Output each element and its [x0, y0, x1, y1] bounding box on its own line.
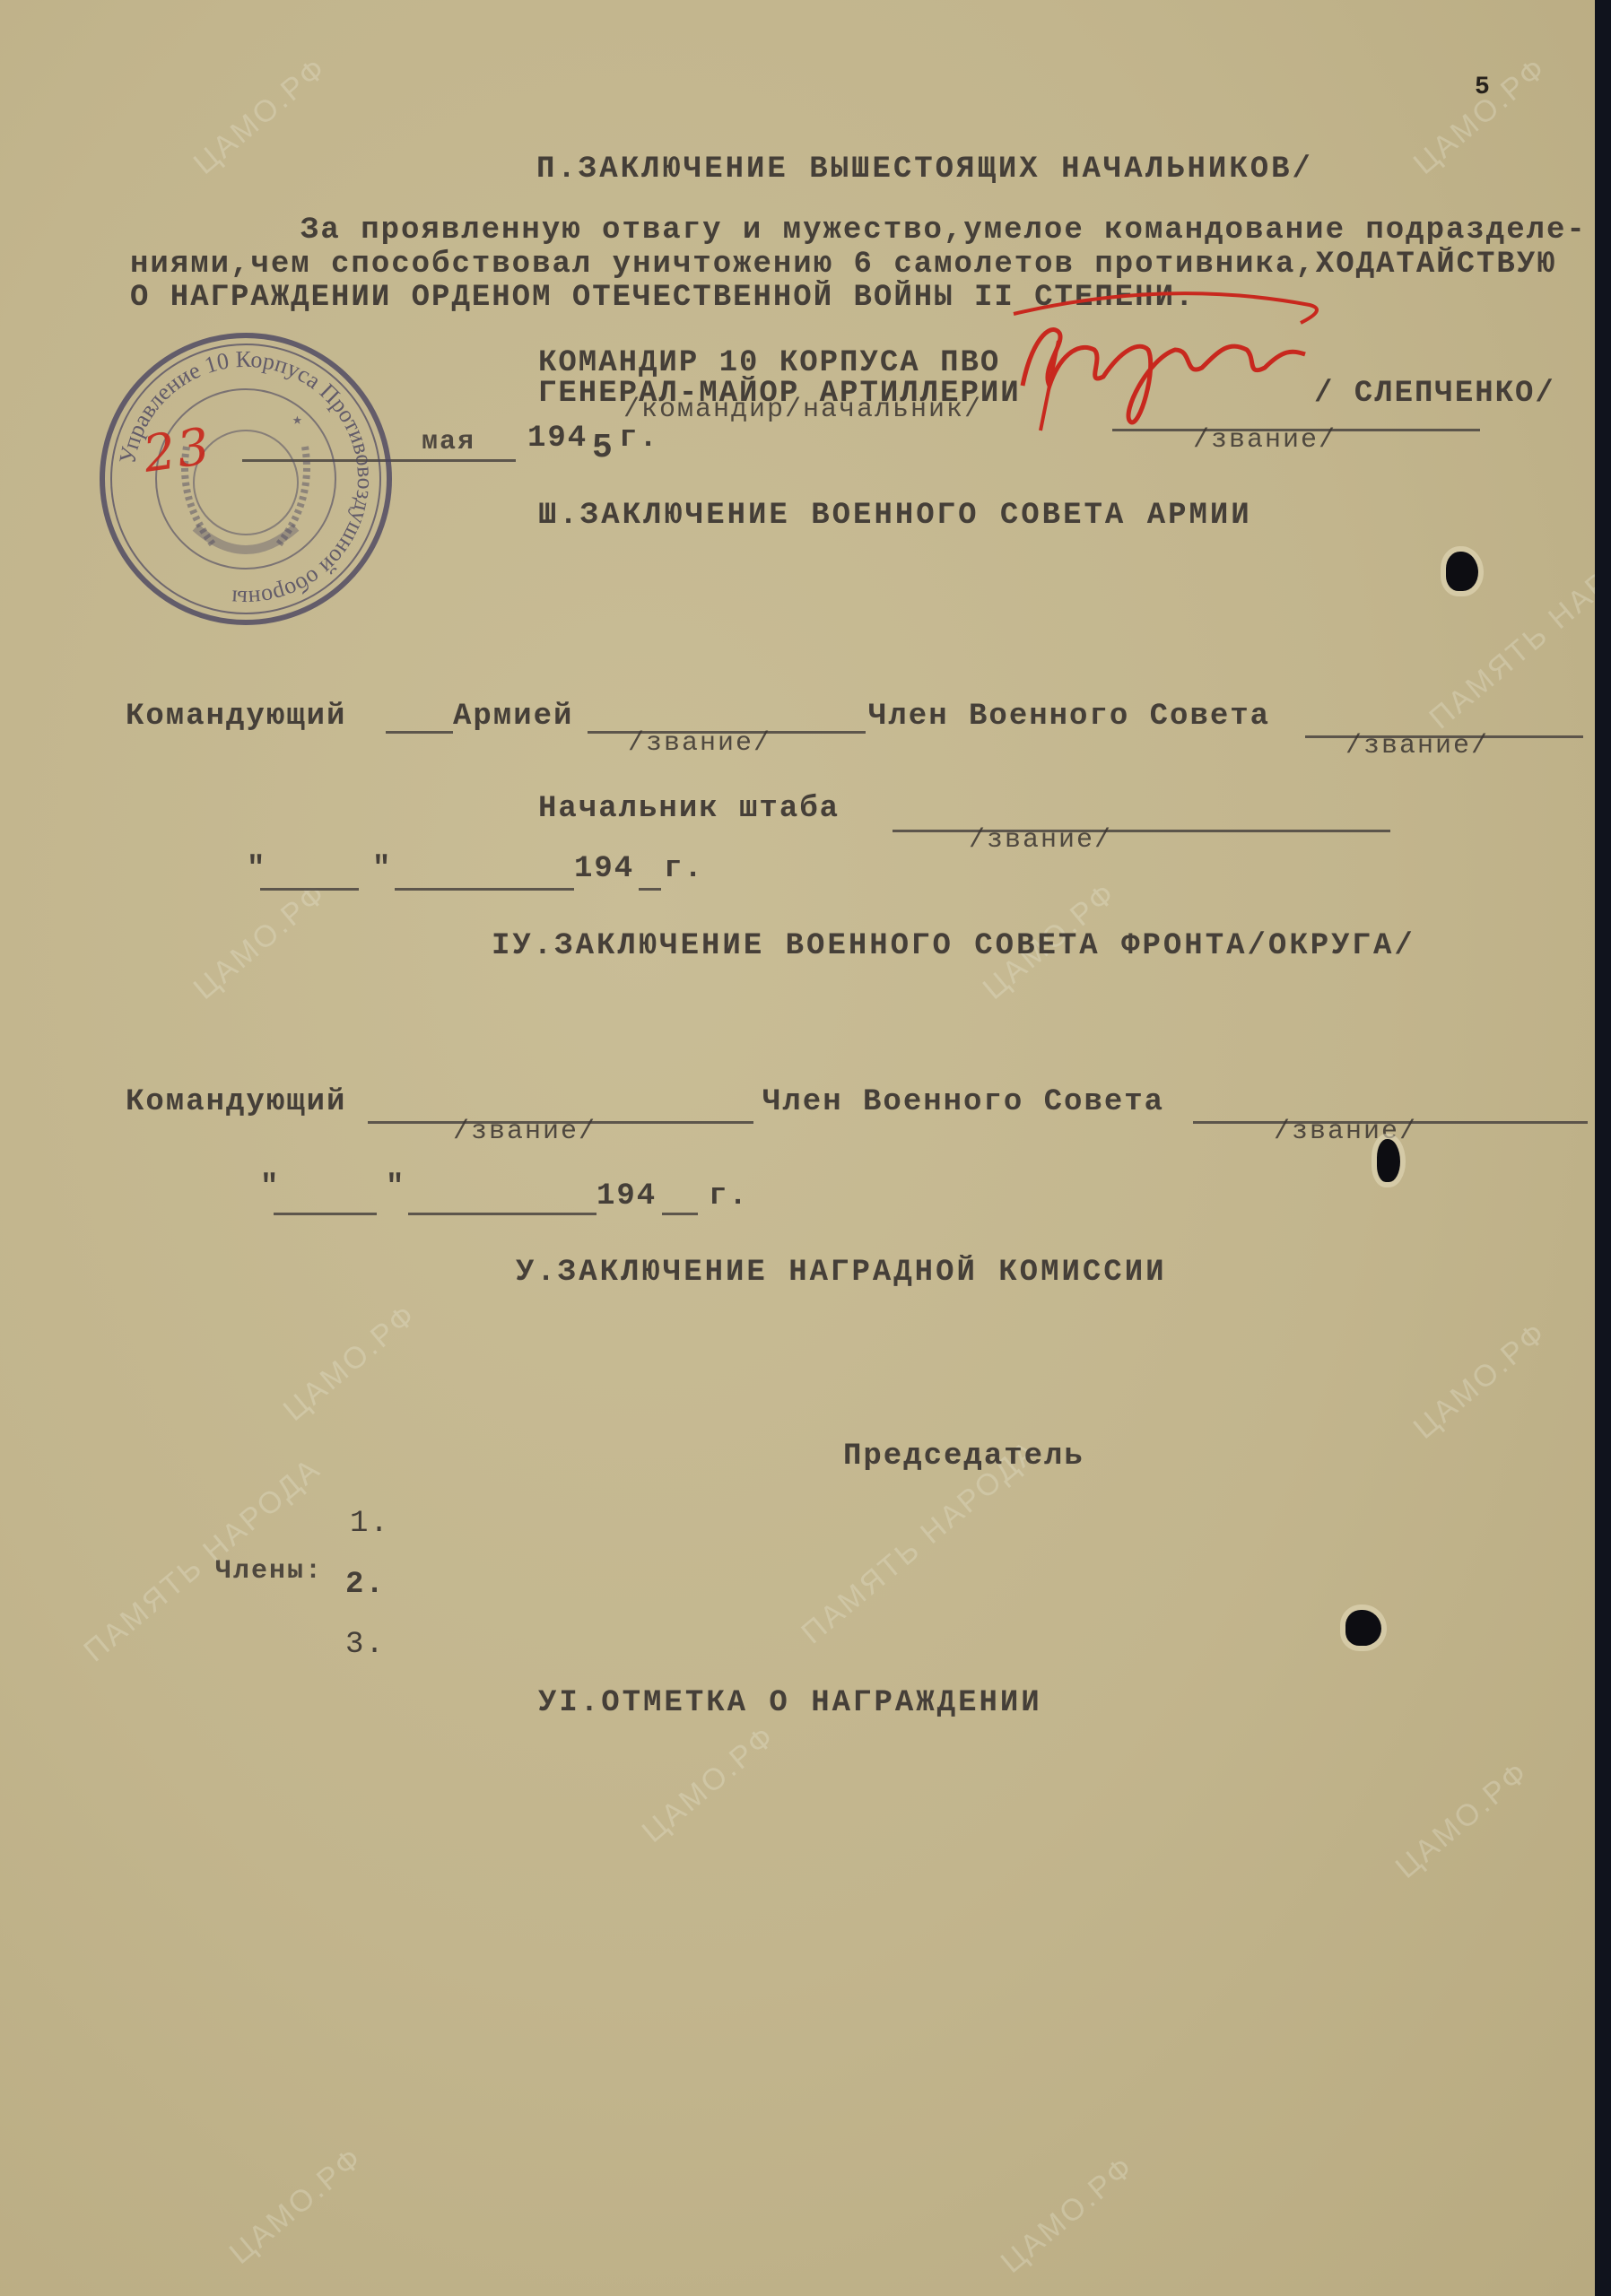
scan-edge	[1595, 0, 1611, 2296]
section-3-title: Ш.ЗАКЛЮЧЕНИЕ ВОЕННОГО СОВЕТА АРМИИ	[538, 499, 1252, 533]
handwritten-day: 23	[140, 417, 215, 484]
watermark: ЦАМО.РФ	[223, 2140, 370, 2271]
members-label: Члены:	[215, 1556, 323, 1587]
rank-label: /звание/	[453, 1117, 597, 1147]
watermark: ЦАМО.РФ	[187, 875, 335, 1006]
date-year: 194	[574, 852, 634, 886]
section-4-title: IУ.ЗАКЛЮЧЕНИЕ ВОЕННОГО СОВЕТА ФРОНТА/ОКР…	[492, 929, 1415, 963]
date-quote: "	[386, 1170, 405, 1205]
date-g: г.	[709, 1179, 749, 1213]
date-year-suffix: 5	[592, 429, 614, 467]
army-commander-label: Командующий	[126, 700, 346, 734]
date-year: 194	[597, 1179, 657, 1213]
watermark: ЦАМО.РФ	[1407, 50, 1554, 181]
army-underline	[386, 731, 453, 734]
date-day-underline	[274, 1213, 377, 1215]
front-commander-label: Командующий	[126, 1085, 346, 1119]
chief-of-staff-label: Начальник штаба	[538, 792, 840, 826]
date-quote: "	[372, 852, 392, 886]
section-5-title: У.ЗАКЛЮЧЕНИЕ НАГРАДНОЙ КОМИССИИ	[516, 1256, 1167, 1290]
red-signature	[1005, 287, 1363, 448]
watermark: ЦАМО.РФ	[187, 50, 335, 181]
signer-title-line-1: КОМАНДИР 10 КОРПУСА ПВО	[538, 346, 1000, 380]
svg-text:★: ★	[292, 412, 302, 430]
rank-label: /звание/	[1274, 1117, 1417, 1147]
page-number-mark: 5	[1475, 74, 1492, 101]
date-year-underline	[662, 1213, 698, 1215]
date-month-underline	[408, 1213, 597, 1215]
section-2-text-line-1: За проявленную отвагу и мужество,умелое …	[300, 213, 1587, 248]
signer-form-label: /командир/начальник/	[623, 395, 982, 425]
section-6-title: УI.ОТМЕТКА О НАГРАЖДЕНИИ	[538, 1686, 1042, 1720]
watermark: ЦАМО.РФ	[1389, 1754, 1537, 1885]
date-year-underline	[639, 888, 661, 891]
council-member-label: Член Военного Совета	[762, 1085, 1164, 1119]
date-quote: "	[260, 1170, 280, 1205]
section-2-text-line-2: ниями,чем способствовал уничтожению 6 са…	[130, 248, 1557, 282]
army-label: Армией	[453, 700, 573, 734]
watermark: ЦАМО.РФ	[636, 1718, 783, 1849]
member-2: 2.	[345, 1568, 386, 1602]
rank-label: /звание/	[1345, 731, 1489, 761]
punch-hole	[1446, 552, 1478, 591]
watermark: ЦАМО.РФ	[1407, 1315, 1554, 1446]
watermark: ПАМЯТЬ НАРОДА	[1423, 518, 1611, 736]
rank-label: /звание/	[628, 728, 771, 759]
watermark: ЦАМО.РФ	[995, 2149, 1142, 2280]
date-g: г.	[664, 852, 704, 886]
date-quote: "	[247, 852, 266, 886]
rank-label: /звание/	[969, 825, 1112, 856]
date-month: мая	[422, 427, 475, 457]
archival-award-document: ЦАМО.РФ ЦАМО.РФ ПАМЯТЬ НАРОДА ЦАМО.РФ ЦА…	[0, 0, 1595, 2296]
section-2-title: П.ЗАКЛЮЧЕНИЕ ВЫШЕСТОЯЩИХ НАЧАЛЬНИКОВ/	[536, 152, 1313, 187]
watermark: ЦАМО.РФ	[277, 1297, 424, 1428]
date-month-underline	[395, 888, 574, 891]
date-g: г.	[619, 422, 659, 456]
date-day-underline	[260, 888, 359, 891]
date-year-prefix: 194	[527, 422, 588, 456]
chairman-label: Председатель	[843, 1439, 1084, 1474]
official-seal-stamp: Управление 10 Корпуса Противовоздушной о…	[97, 330, 395, 628]
member-3: 3.	[345, 1628, 386, 1662]
rank-underline	[893, 830, 1390, 832]
member-1: 1.	[350, 1507, 390, 1541]
punch-hole	[1377, 1139, 1400, 1182]
council-member-label: Член Военного Совета	[868, 700, 1270, 734]
punch-hole	[1345, 1610, 1381, 1646]
